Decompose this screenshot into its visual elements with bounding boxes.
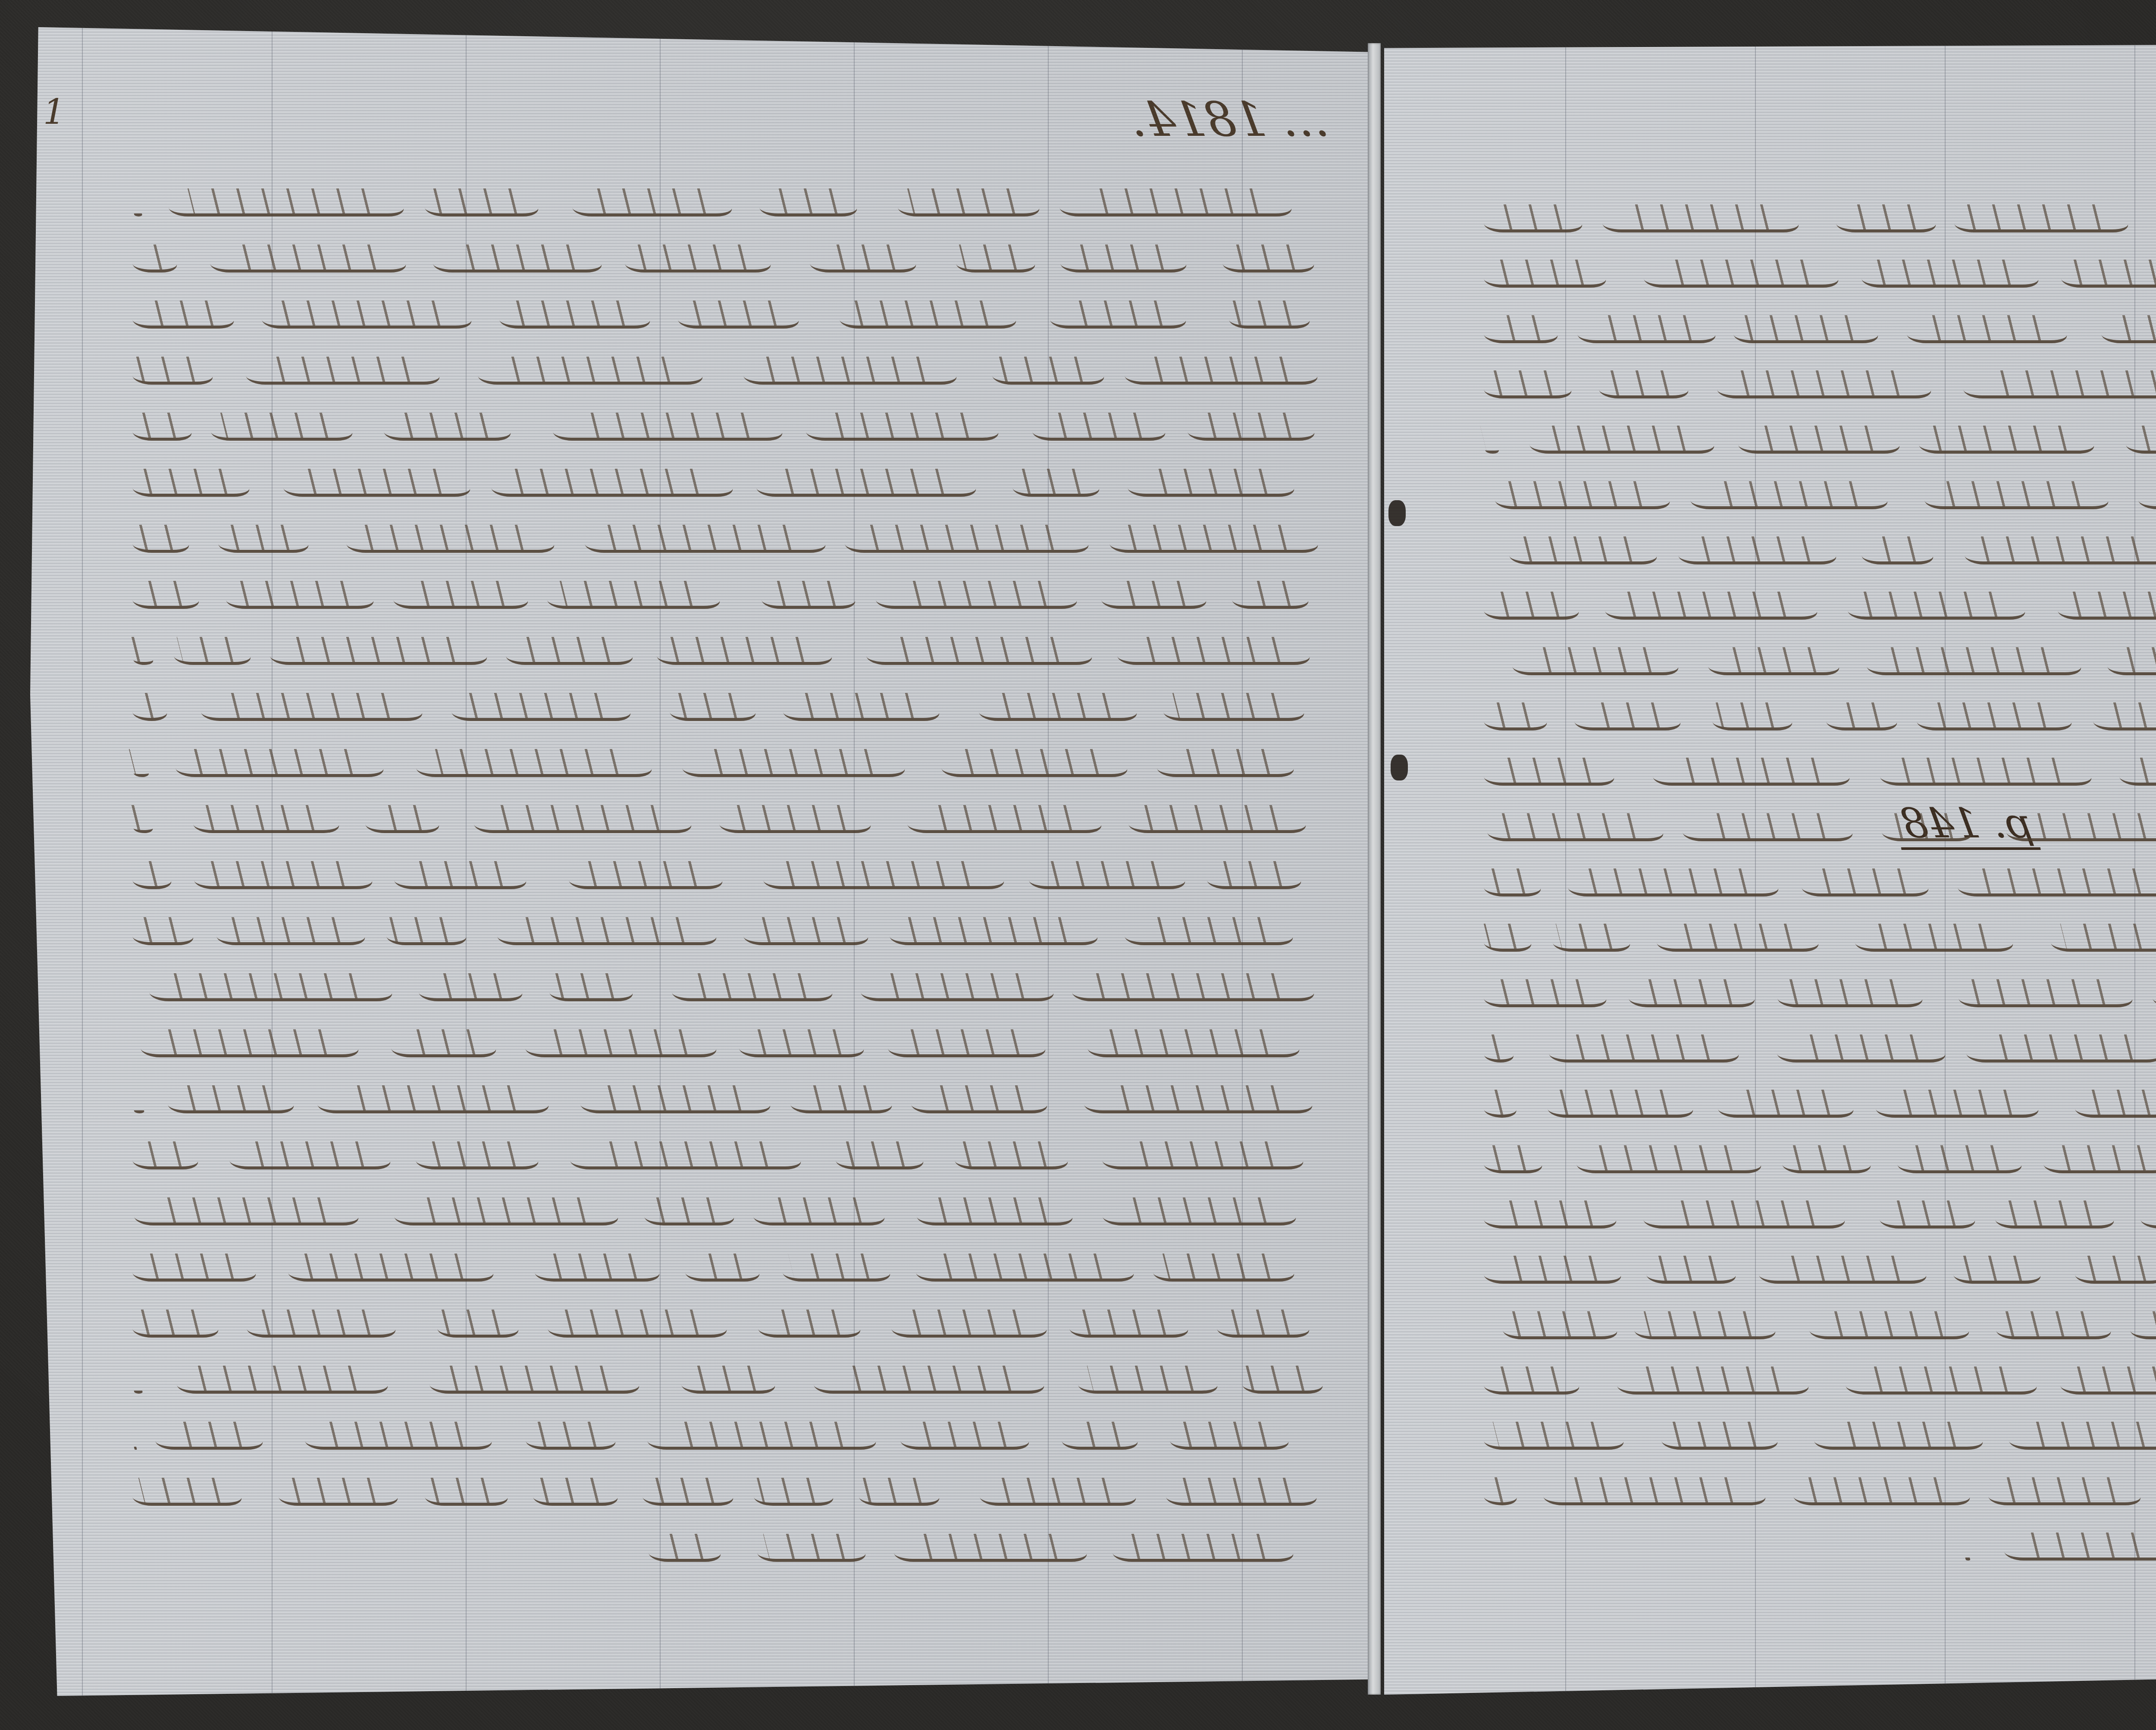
handwritten-word <box>641 1490 735 1506</box>
handwritten-word <box>570 201 734 216</box>
handwritten-word <box>1186 425 1316 441</box>
handwritten-line <box>91 1200 1327 1230</box>
handwritten-line <box>1445 539 2156 569</box>
ink-blot <box>1391 755 1408 780</box>
handwritten-word <box>1126 481 1296 497</box>
handwritten-line <box>1445 428 2156 458</box>
ink-blot <box>1388 500 1406 526</box>
handwritten-word <box>583 537 827 553</box>
handwritten-word <box>2118 770 2156 786</box>
handwritten-word <box>130 1322 220 1338</box>
handwritten-word <box>668 705 758 721</box>
handwritten-word <box>244 1322 398 1338</box>
handwritten-word <box>1122 369 1319 385</box>
handwritten-word <box>1575 1157 1764 1173</box>
handwritten-word <box>1615 1379 1811 1395</box>
handwritten-word <box>392 873 528 889</box>
handwritten-word <box>1510 659 1680 675</box>
handwritten-word <box>208 257 408 273</box>
handwritten-word <box>679 1378 777 1394</box>
handwritten-text-block <box>95 191 1324 1567</box>
handwritten-word <box>1485 825 1665 841</box>
handwritten-word <box>1853 936 2015 952</box>
handwritten-word <box>1482 216 1584 232</box>
handwritten-word <box>130 1490 243 1506</box>
handwritten-word <box>504 649 635 665</box>
handwritten-word <box>130 1378 143 1394</box>
handwritten-word <box>1905 327 2069 343</box>
handwritten-word <box>954 257 1037 273</box>
ruled-margin-line <box>82 27 83 1696</box>
handwritten-word <box>1915 715 2074 730</box>
handwritten-line <box>91 583 1327 614</box>
handwritten-word <box>1482 1268 1623 1284</box>
handwritten-word <box>843 537 1090 553</box>
handwritten-word <box>2073 1102 2156 1118</box>
handwritten-word <box>2106 659 2156 675</box>
handwritten-word <box>1627 991 1757 1007</box>
handwritten-word <box>1542 1489 1767 1505</box>
handwritten-line <box>1445 1203 2156 1233</box>
handwritten-word <box>175 1378 390 1394</box>
handwritten-word <box>1642 272 1840 288</box>
handwritten-word <box>2136 493 2156 509</box>
handwritten-word <box>1651 770 1852 786</box>
handwritten-word <box>1151 1266 1296 1282</box>
center-fold <box>1368 43 1381 1695</box>
handwritten-word <box>1482 715 1549 730</box>
handwritten-word <box>953 1153 1070 1169</box>
handwritten-word <box>990 369 1106 385</box>
handwritten-word <box>166 1097 296 1113</box>
handwritten-word <box>1100 593 1208 609</box>
handwritten-line <box>1445 1480 2156 1510</box>
handwritten-word <box>191 817 341 833</box>
handwritten-word <box>781 705 941 721</box>
handwritten-word <box>808 257 918 273</box>
handwritten-word <box>1482 604 1581 620</box>
handwritten-word <box>2128 1323 2156 1339</box>
handwritten-word <box>1659 1434 1780 1450</box>
handwritten-word <box>1736 438 1902 454</box>
handwritten-word <box>2005 825 2156 841</box>
handwritten-word <box>1846 604 2028 620</box>
handwritten-word <box>1917 438 2096 454</box>
handwritten-word <box>1551 936 1632 952</box>
handwritten-word <box>1482 770 1616 786</box>
handwritten-word <box>1994 1323 2113 1339</box>
handwritten-word <box>1956 991 2134 1007</box>
handwritten-word <box>215 929 367 945</box>
handwritten-word <box>130 1266 258 1282</box>
handwritten-word <box>568 1153 803 1169</box>
handwritten-line <box>91 303 1327 333</box>
handwritten-word <box>2007 1434 2156 1450</box>
handwritten-line <box>1445 1535 2156 1565</box>
handwritten-line <box>1445 926 2156 956</box>
handwritten-word <box>1987 1489 2143 1505</box>
handwritten-word <box>1792 1489 1972 1505</box>
handwritten-word <box>978 1490 1138 1506</box>
handwritten-word <box>431 257 604 273</box>
handwritten-word <box>414 1153 540 1169</box>
handwritten-word <box>888 929 1100 945</box>
handwritten-word <box>1507 548 1659 564</box>
handwritten-word <box>495 929 718 945</box>
handwritten-line <box>1445 871 2156 901</box>
handwritten-line <box>1445 1424 2156 1454</box>
handwritten-word <box>533 1266 662 1282</box>
handwritten-word <box>646 1546 723 1562</box>
handwritten-word <box>1575 327 1717 343</box>
handwritten-word <box>737 1041 866 1057</box>
handwritten-word <box>2091 715 2156 730</box>
handwritten-word <box>1482 1213 1618 1229</box>
handwritten-line <box>91 359 1327 389</box>
handwritten-line <box>1445 1369 2156 1399</box>
handwritten-word <box>1168 1434 1291 1450</box>
handwritten-word <box>1573 715 1683 730</box>
handwritten-word <box>417 985 524 1001</box>
handwritten-word <box>130 649 154 665</box>
handwritten-word <box>147 985 394 1001</box>
handwritten-line <box>1445 318 2156 348</box>
handwritten-line <box>1445 982 2156 1012</box>
handwritten-line <box>91 1368 1327 1398</box>
handwritten-word <box>1878 770 2094 786</box>
handwritten-line <box>91 191 1327 221</box>
handwritten-word <box>1059 257 1188 273</box>
handwritten-word <box>812 1378 1047 1394</box>
handwritten-word <box>363 817 441 833</box>
handwritten-word <box>174 761 385 777</box>
handwritten-line <box>91 1256 1327 1286</box>
handwritten-word <box>1048 313 1188 329</box>
handwritten-word <box>1070 985 1316 1001</box>
handwritten-word <box>1844 1379 2039 1395</box>
handwritten-word <box>130 929 195 945</box>
handwritten-line <box>1445 816 2156 846</box>
handwritten-word <box>1860 548 1935 564</box>
handwritten-word <box>752 1490 835 1506</box>
handwritten-word <box>760 593 857 609</box>
handwritten-word <box>489 481 735 497</box>
handwritten-word <box>130 313 236 329</box>
handwritten-word <box>384 929 468 945</box>
handwritten-line <box>91 696 1327 726</box>
handwritten-word <box>227 1153 392 1169</box>
handwritten-word <box>392 593 530 609</box>
handwritten-word <box>1874 1102 2040 1118</box>
handwritten-word <box>1706 659 1841 675</box>
handwritten-word <box>1880 825 1974 841</box>
handwritten-word <box>209 425 354 441</box>
handwritten-word <box>915 1210 1075 1225</box>
handwritten-word <box>1655 936 1821 952</box>
handwritten-word <box>1086 1041 1301 1057</box>
handwritten-word <box>2002 1545 2156 1561</box>
handwritten-word <box>1068 1322 1190 1338</box>
handwritten-word <box>751 1210 887 1225</box>
handwritten-line <box>1445 1148 2156 1178</box>
handwritten-word <box>742 929 870 945</box>
handwritten-word <box>742 369 959 385</box>
handwritten-word <box>548 985 635 1001</box>
handwritten-word <box>1776 991 1925 1007</box>
handwritten-word <box>1030 425 1167 441</box>
handwritten-line <box>91 471 1327 501</box>
handwritten-word <box>192 873 375 889</box>
handwritten-word <box>1230 593 1310 609</box>
handwritten-word <box>1215 1322 1311 1338</box>
handwritten-word <box>892 1546 1089 1562</box>
handwritten-word <box>1220 257 1316 273</box>
handwritten-word <box>1060 1434 1140 1450</box>
handwritten-word <box>1732 327 1880 343</box>
handwritten-word <box>780 1266 892 1282</box>
handwritten-word <box>498 313 652 329</box>
handwritten-line <box>1445 594 2156 624</box>
handwritten-word <box>282 481 472 497</box>
handwritten-text-block <box>1449 207 2156 1565</box>
handwritten-word <box>260 313 473 329</box>
handwritten-word <box>172 649 253 665</box>
page-number-mark: 1 <box>43 92 65 132</box>
handwritten-word <box>859 985 1055 1001</box>
handwritten-word <box>523 1041 718 1057</box>
handwritten-word <box>1027 873 1187 889</box>
handwritten-word <box>277 1490 400 1506</box>
handwritten-word <box>642 1210 736 1225</box>
handwritten-line <box>91 527 1327 558</box>
handwritten-word <box>1100 1153 1306 1169</box>
handwritten-word <box>1923 493 2111 509</box>
handwritten-word <box>837 313 1018 329</box>
handwritten-word <box>874 593 1079 609</box>
handwritten-line <box>91 247 1327 277</box>
handwritten-word <box>344 537 556 553</box>
handwritten-word <box>1547 1047 1741 1062</box>
handwritten-line <box>1445 1092 2156 1122</box>
handwritten-word <box>1126 817 1308 833</box>
handwritten-word <box>524 1434 617 1450</box>
handwritten-word <box>898 1434 1031 1450</box>
handwritten-word <box>1711 715 1794 730</box>
handwritten-word <box>865 649 1094 665</box>
handwritten-word <box>303 1434 494 1450</box>
handwritten-word <box>755 1546 868 1562</box>
handwritten-word <box>906 817 1104 833</box>
handwritten-word <box>531 1490 619 1506</box>
handwritten-word <box>1482 991 1608 1007</box>
handwritten-word <box>1058 201 1294 216</box>
handwritten-line <box>1445 207 2156 237</box>
handwritten-word <box>1076 1378 1219 1394</box>
handwritten-word <box>1716 1102 1855 1118</box>
handwritten-word <box>286 1266 495 1282</box>
handwritten-word <box>316 1097 551 1113</box>
handwritten-word <box>1482 1102 1518 1118</box>
handwritten-word <box>154 1434 265 1450</box>
handwritten-word <box>1482 438 1500 454</box>
handwritten-word <box>130 201 143 216</box>
handwritten-word <box>130 537 191 553</box>
handwritten-word <box>1824 715 1899 730</box>
handwritten-word <box>1834 216 1937 232</box>
handwritten-word <box>130 481 251 497</box>
handwritten-word <box>427 1378 641 1394</box>
handwritten-word <box>1482 382 1573 398</box>
handwritten-word <box>1600 216 1801 232</box>
handwritten-line <box>1445 705 2156 735</box>
handwritten-word <box>857 1490 942 1506</box>
handwritten-word <box>1116 649 1312 665</box>
handwritten-word <box>2124 438 2156 454</box>
handwritten-word <box>1082 1097 1314 1113</box>
handwritten-word <box>1493 493 1672 509</box>
handwritten-word <box>761 873 1006 889</box>
handwritten-word <box>2042 1157 2156 1173</box>
handwritten-word <box>476 369 705 385</box>
handwritten-line <box>1445 1037 2156 1067</box>
handwritten-word <box>1482 1157 1544 1173</box>
handwritten-word <box>392 1210 620 1225</box>
handwritten-word <box>130 873 173 889</box>
handwritten-word <box>224 593 376 609</box>
handwritten-word <box>758 201 859 216</box>
handwritten-line <box>91 639 1327 670</box>
handwritten-word <box>789 1097 894 1113</box>
handwritten-word <box>1812 1434 1985 1450</box>
handwritten-word <box>1860 272 2041 288</box>
handwritten-word <box>1227 313 1312 329</box>
handwritten-word <box>1757 1268 1928 1284</box>
handwritten-word <box>130 593 201 609</box>
handwritten-word <box>1205 873 1304 889</box>
handwritten-word <box>1164 1490 1319 1506</box>
handwritten-word <box>1993 1213 2116 1229</box>
handwritten-word <box>1566 881 1780 896</box>
handwritten-line <box>91 1032 1327 1062</box>
handwritten-word <box>1800 881 1930 896</box>
handwritten-word <box>1780 1157 1873 1173</box>
handwritten-word <box>130 1153 200 1169</box>
handwritten-line <box>91 1424 1327 1454</box>
handwritten-word <box>1963 548 2156 564</box>
handwritten-word <box>130 1434 137 1450</box>
handwritten-word <box>268 649 489 665</box>
handwritten-word <box>1528 438 1716 454</box>
handwritten-word <box>1952 1268 2043 1284</box>
handwritten-word <box>130 705 169 721</box>
handwritten-line <box>91 1312 1327 1342</box>
handwritten-word <box>804 425 1000 441</box>
handwritten-word <box>1962 1545 1971 1561</box>
handwritten-word <box>472 817 693 833</box>
handwritten-line <box>91 1088 1327 1118</box>
handwritten-word <box>940 761 1130 777</box>
handwritten-word <box>909 1097 1050 1113</box>
handwritten-word <box>1645 1268 1738 1284</box>
handwritten-line <box>91 415 1327 445</box>
handwritten-line <box>1445 650 2156 680</box>
handwritten-word <box>567 873 725 889</box>
handwritten-word <box>1482 272 1608 288</box>
handwritten-word <box>216 537 310 553</box>
handwritten-word <box>414 761 654 777</box>
handwritten-word <box>755 481 978 497</box>
handwritten-word <box>1895 1157 2024 1173</box>
handwritten-word <box>1689 493 1890 509</box>
handwritten-word <box>1482 1489 1519 1505</box>
handwritten-word <box>977 705 1139 721</box>
handwritten-word <box>1546 1102 1695 1118</box>
handwritten-word <box>2139 1213 2156 1229</box>
handwritten-word <box>1597 382 1690 398</box>
handwritten-word <box>834 1153 925 1169</box>
handwritten-word <box>1111 1546 1295 1562</box>
handwritten-word <box>2056 604 2156 620</box>
handwritten-word <box>1482 327 1560 343</box>
handwritten-word <box>623 257 773 273</box>
handwritten-word <box>2073 1268 2156 1284</box>
handwritten-word <box>130 761 150 777</box>
handwritten-line <box>91 976 1327 1006</box>
handwritten-word <box>545 593 722 609</box>
handwritten-line <box>91 864 1327 894</box>
handwritten-word <box>646 1434 878 1450</box>
handwritten-word <box>1952 216 2130 232</box>
handwritten-word <box>886 1041 1047 1057</box>
handwritten-word <box>167 201 406 216</box>
handwritten-word <box>1956 881 2156 896</box>
handwritten-line <box>1445 373 2156 403</box>
handwritten-word <box>132 1210 360 1225</box>
handwritten-word <box>423 1490 510 1506</box>
handwritten-line <box>91 1144 1327 1174</box>
handwritten-word <box>1010 481 1101 497</box>
handwritten-word <box>680 761 907 777</box>
handwritten-word <box>130 425 194 441</box>
handwritten-line <box>1445 760 2156 790</box>
handwritten-word <box>1865 659 2083 675</box>
handwritten-word <box>914 1266 1136 1282</box>
handwritten-word <box>683 1266 761 1282</box>
handwritten-word <box>1482 881 1543 896</box>
handwritten-word <box>1676 548 1838 564</box>
handwritten-word <box>2059 272 2156 288</box>
handwritten-line <box>1445 1314 2156 1344</box>
handwritten-word <box>896 201 1042 216</box>
handwritten-word <box>546 1322 729 1338</box>
handwritten-word <box>1482 936 1533 952</box>
handwritten-line <box>91 808 1327 838</box>
letter-date-header: … 1814. <box>1125 92 1333 147</box>
handwritten-line <box>91 1536 1327 1567</box>
handwritten-word <box>718 817 873 833</box>
handwritten-word <box>756 1322 862 1338</box>
handwritten-word <box>450 705 633 721</box>
handwritten-word <box>1122 929 1294 945</box>
handwritten-line <box>1445 484 2156 514</box>
handwritten-word <box>1240 1378 1324 1394</box>
handwritten-word <box>1603 604 1819 620</box>
handwritten-word <box>1965 1047 2156 1062</box>
handwritten-word <box>1775 1047 1947 1062</box>
handwritten-word <box>1155 761 1295 777</box>
handwritten-word <box>244 369 442 385</box>
handwritten-word <box>199 705 424 721</box>
